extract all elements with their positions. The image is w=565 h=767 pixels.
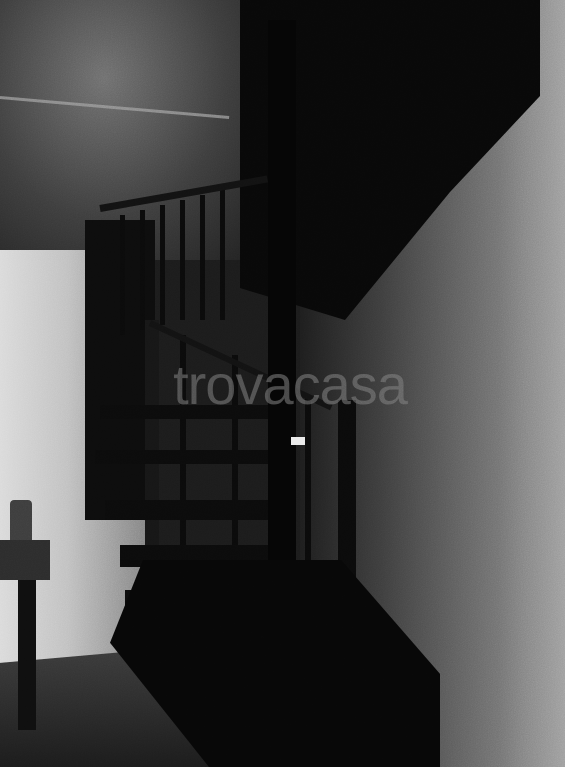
dither-noise [0, 0, 565, 767]
staircase-photo: trovacasa [0, 0, 565, 767]
